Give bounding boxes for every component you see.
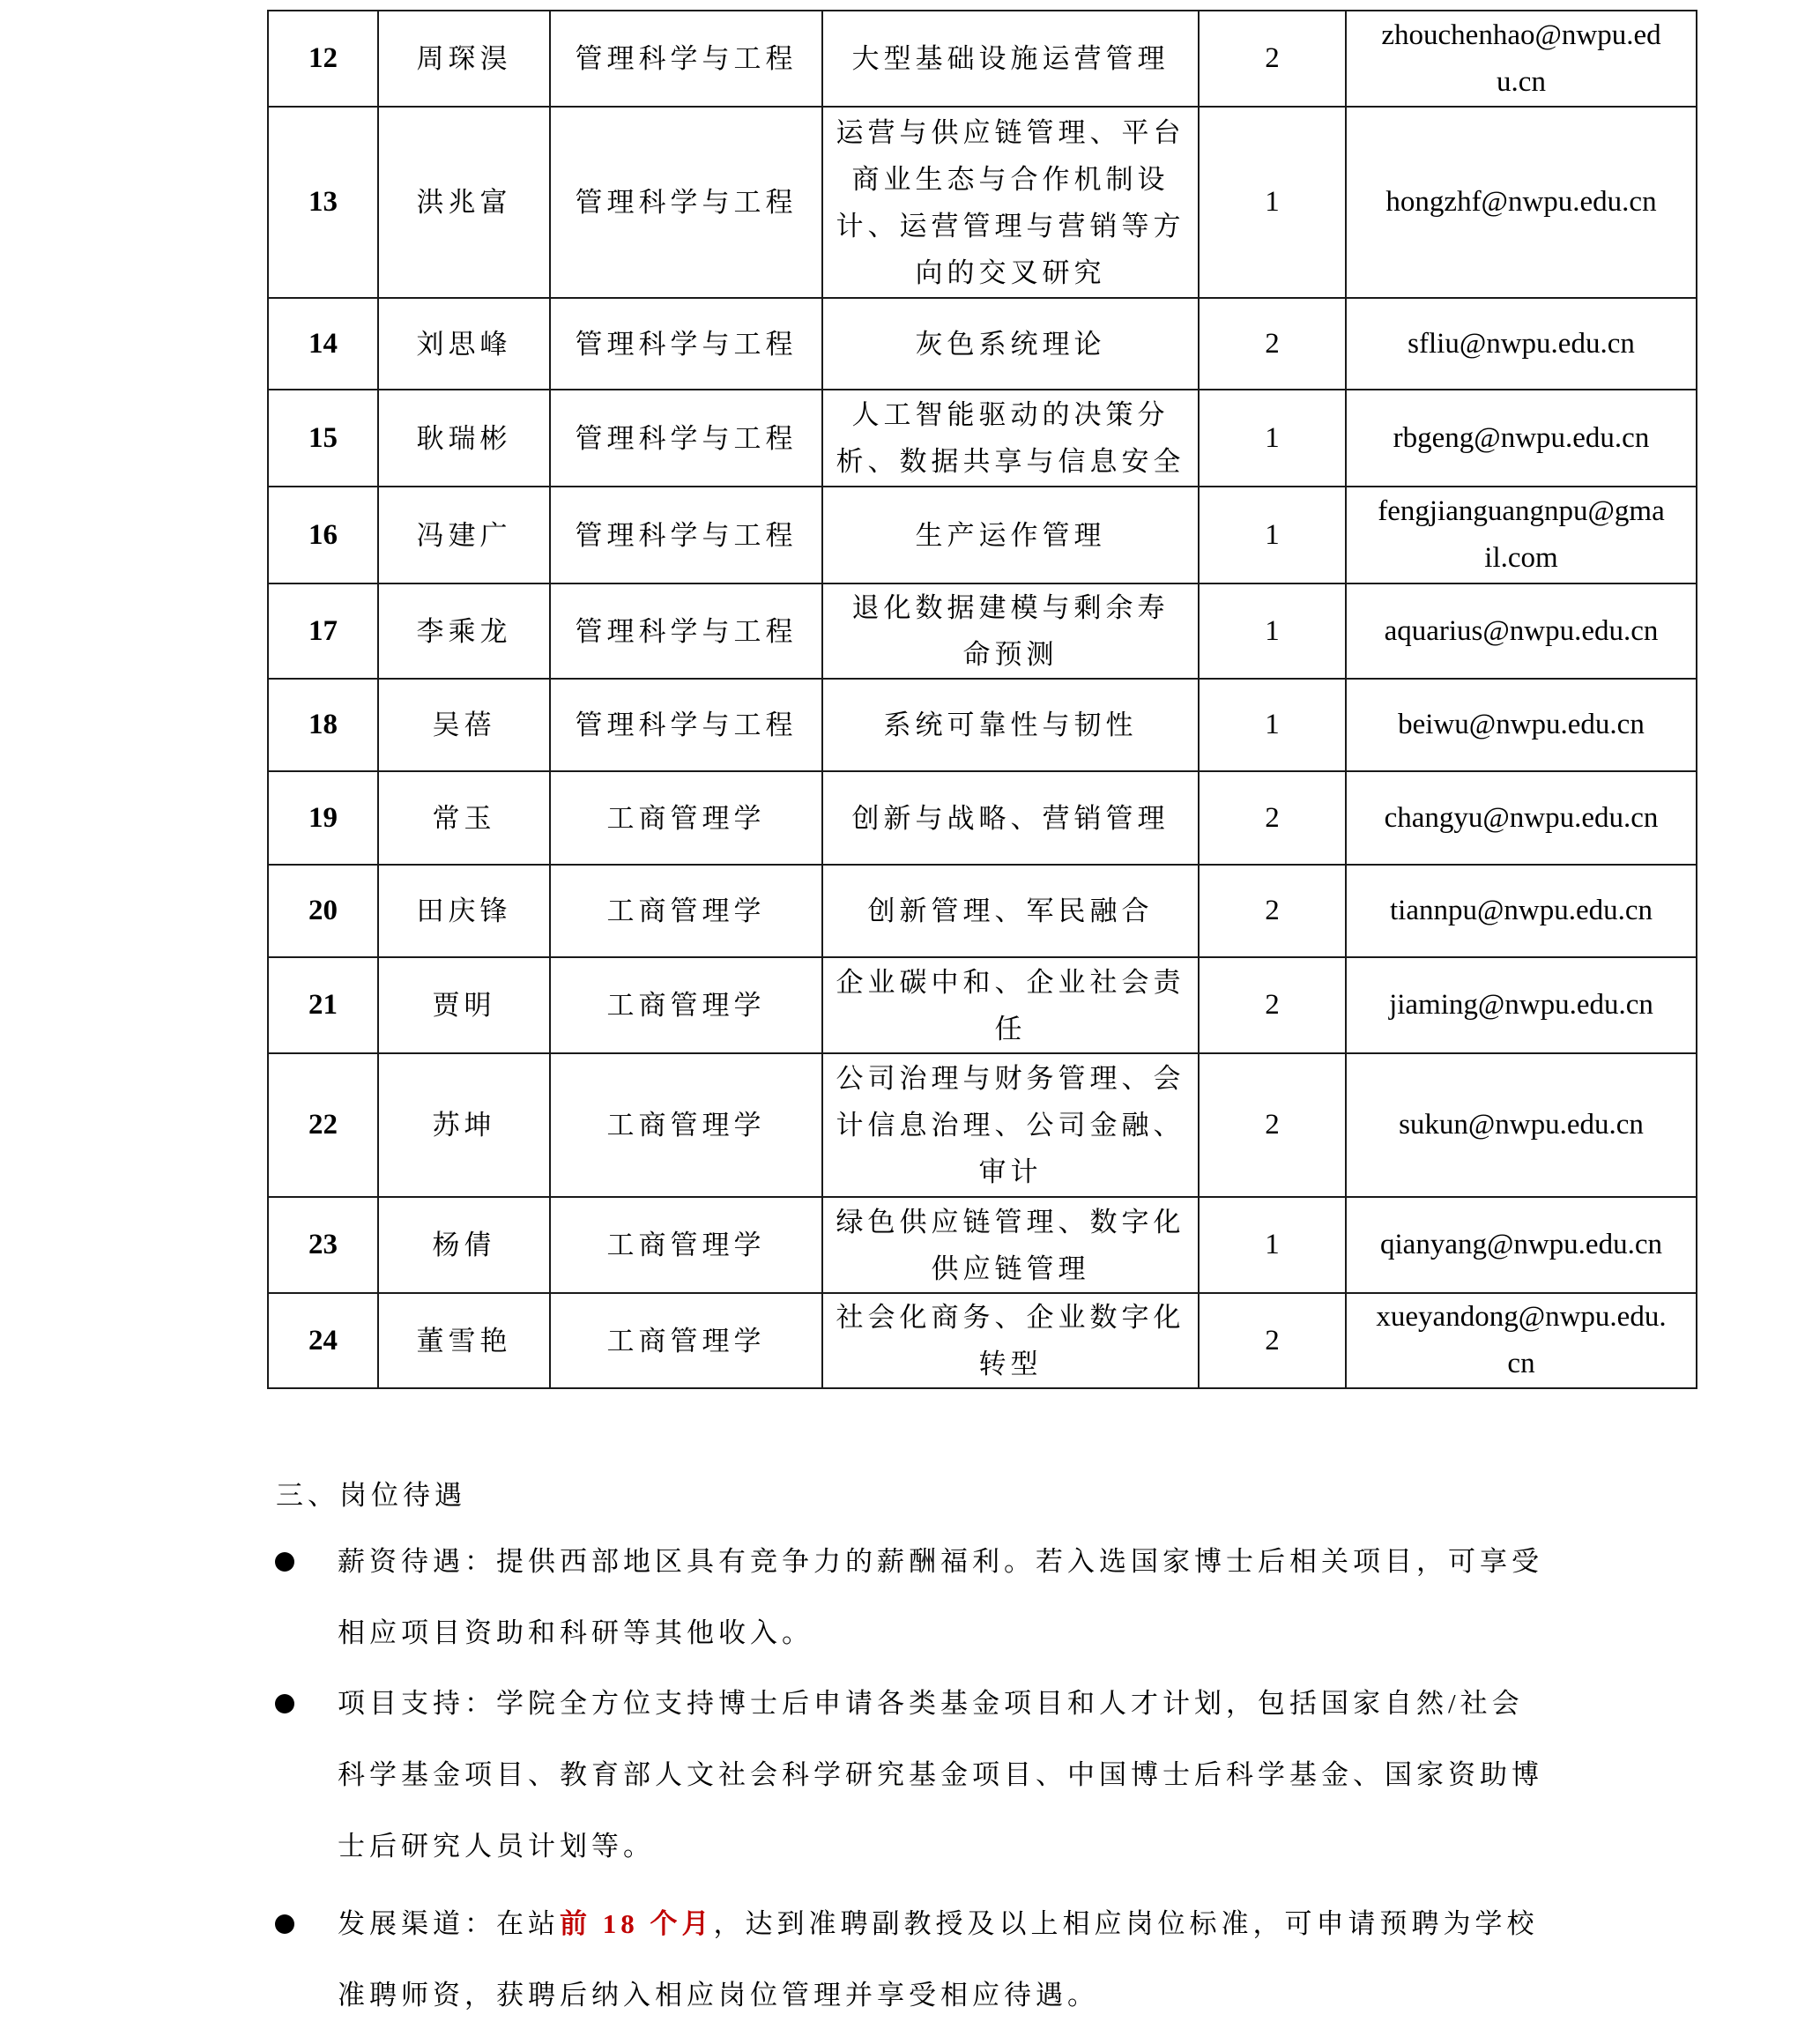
cell-number: 23: [268, 1197, 378, 1293]
cell-discipline: 工商管理学: [550, 1197, 822, 1293]
direction-line: 计信息治理、公司金融、: [828, 1102, 1192, 1148]
cell-number: 18: [268, 679, 378, 771]
direction-line: 审计: [828, 1148, 1192, 1195]
email-line: sfliu@nwpu.edu.cn: [1352, 321, 1690, 368]
cell-quota: 2: [1199, 1293, 1346, 1388]
cell-supervisor-name: 刘思峰: [378, 298, 550, 390]
direction-line: 计、运营管理与营销等方: [828, 203, 1192, 249]
cell-research-direction: 创新管理、军民融合: [822, 865, 1199, 957]
direction-line: 运营与供应链管理、平台: [828, 109, 1192, 156]
bullet-text-line: 薪资待遇：提供西部地区具有竞争力的薪酬福利。若入选国家博士后相关项目，可享受: [338, 1540, 1543, 1584]
email-line: beiwu@nwpu.edu.cn: [1352, 702, 1690, 748]
text-normal: 发展渠道：在站: [338, 1908, 560, 1939]
cell-number: 22: [268, 1053, 378, 1197]
cell-quota: 1: [1199, 679, 1346, 771]
email-line: aquarius@nwpu.edu.cn: [1352, 608, 1690, 655]
cell-discipline: 管理科学与工程: [550, 679, 822, 771]
cell-quota: 1: [1199, 583, 1346, 679]
section-heading: 三、岗位待遇: [276, 1474, 466, 1518]
cell-number: 16: [268, 487, 378, 583]
cell-email: fengjianguangnpu@gmail.com: [1346, 487, 1697, 583]
cell-research-direction: 人工智能驱动的决策分析、数据共享与信息安全: [822, 390, 1199, 487]
table-row: 18吴蓓管理科学与工程系统可靠性与韧性1beiwu@nwpu.edu.cn: [268, 679, 1697, 771]
cell-discipline: 管理科学与工程: [550, 11, 822, 107]
direction-line: 公司治理与财务管理、会: [828, 1055, 1192, 1102]
direction-line: 命预测: [828, 631, 1192, 678]
table-body: 12周琛淏管理科学与工程大型基础设施运营管理2zhouchenhao@nwpu.…: [268, 11, 1697, 1388]
cell-discipline: 管理科学与工程: [550, 298, 822, 390]
cell-research-direction: 运营与供应链管理、平台商业生态与合作机制设计、运营管理与营销等方向的交叉研究: [822, 107, 1199, 298]
direction-line: 社会化商务、企业数字化: [828, 1294, 1192, 1341]
supervisor-table: 12周琛淏管理科学与工程大型基础设施运营管理2zhouchenhao@nwpu.…: [267, 10, 1697, 1389]
cell-quota: 2: [1199, 11, 1346, 107]
cell-email: hongzhf@nwpu.edu.cn: [1346, 107, 1697, 298]
direction-line: 任: [828, 1006, 1192, 1052]
cell-supervisor-name: 冯建广: [378, 487, 550, 583]
table-row: 14刘思峰管理科学与工程灰色系统理论2sfliu@nwpu.edu.cn: [268, 298, 1697, 390]
cell-research-direction: 社会化商务、企业数字化转型: [822, 1293, 1199, 1388]
bullet-text-line: 项目支持：学院全方位支持博士后申请各类基金项目和人才计划，包括国家自然/社会: [338, 1682, 1524, 1726]
cell-discipline: 管理科学与工程: [550, 583, 822, 679]
email-line: jiaming@nwpu.edu.cn: [1352, 982, 1690, 1029]
email-line: rbgeng@nwpu.edu.cn: [1352, 415, 1690, 462]
cell-email: qianyang@nwpu.edu.cn: [1346, 1197, 1697, 1293]
cell-supervisor-name: 周琛淏: [378, 11, 550, 107]
email-line: cn: [1352, 1341, 1690, 1387]
cell-research-direction: 公司治理与财务管理、会计信息治理、公司金融、审计: [822, 1053, 1199, 1197]
cell-research-direction: 大型基础设施运营管理: [822, 11, 1199, 107]
cell-email: aquarius@nwpu.edu.cn: [1346, 583, 1697, 679]
cell-quota: 1: [1199, 390, 1346, 487]
cell-research-direction: 灰色系统理论: [822, 298, 1199, 390]
direction-line: 创新管理、军民融合: [828, 888, 1192, 934]
bullet-salary: 薪资待遇：提供西部地区具有竞争力的薪酬福利。若入选国家博士后相关项目，可享受 相…: [273, 1540, 1542, 1637]
bullet-text-line: 准聘师资，获聘后纳入相应岗位管理并享受相应待遇。: [338, 1973, 1099, 2018]
cell-supervisor-name: 杨倩: [378, 1197, 550, 1293]
cell-supervisor-name: 贾明: [378, 957, 550, 1053]
cell-number: 12: [268, 11, 378, 107]
cell-research-direction: 创新与战略、营销管理: [822, 771, 1199, 865]
direction-line: 转型: [828, 1341, 1192, 1387]
bullet-text-line: 科学基金项目、教育部人文社会科学研究基金项目、中国博士后科学基金、国家资助博: [338, 1753, 1543, 1797]
cell-supervisor-name: 董雪艳: [378, 1293, 550, 1388]
bullet-text-line: 相应项目资助和科研等其他收入。: [338, 1611, 813, 1655]
email-line: hongzhf@nwpu.edu.cn: [1352, 179, 1690, 226]
cell-supervisor-name: 洪兆富: [378, 107, 550, 298]
direction-line: 向的交叉研究: [828, 249, 1192, 296]
bullet-dot-icon: [275, 1694, 294, 1713]
highlight-18-months: 前 18 个月: [560, 1908, 714, 1939]
cell-quota: 1: [1199, 1197, 1346, 1293]
direction-line: 绿色供应链管理、数字化: [828, 1199, 1192, 1245]
cell-research-direction: 企业碳中和、企业社会责任: [822, 957, 1199, 1053]
cell-supervisor-name: 耿瑞彬: [378, 390, 550, 487]
cell-quota: 2: [1199, 1053, 1346, 1197]
email-line: zhouchenhao@nwpu.ed: [1352, 12, 1690, 59]
cell-supervisor-name: 苏坤: [378, 1053, 550, 1197]
cell-number: 15: [268, 390, 378, 487]
direction-line: 大型基础设施运营管理: [828, 35, 1192, 82]
table-row: 22苏坤工商管理学公司治理与财务管理、会计信息治理、公司金融、审计2sukun@…: [268, 1053, 1697, 1197]
email-line: il.com: [1352, 535, 1690, 582]
table-row: 20田庆锋工商管理学创新管理、军民融合2tiannpu@nwpu.edu.cn: [268, 865, 1697, 957]
email-line: tiannpu@nwpu.edu.cn: [1352, 888, 1690, 934]
cell-number: 24: [268, 1293, 378, 1388]
cell-discipline: 工商管理学: [550, 1293, 822, 1388]
cell-discipline: 工商管理学: [550, 865, 822, 957]
cell-number: 14: [268, 298, 378, 390]
cell-quota: 1: [1199, 107, 1346, 298]
cell-email: rbgeng@nwpu.edu.cn: [1346, 390, 1697, 487]
text-normal: ，达到准聘副教授及以上相应岗位标准，可申请预聘为学校: [714, 1908, 1539, 1939]
cell-number: 19: [268, 771, 378, 865]
cell-supervisor-name: 吴蓓: [378, 679, 550, 771]
cell-email: changyu@nwpu.edu.cn: [1346, 771, 1697, 865]
direction-line: 生产运作管理: [828, 512, 1192, 559]
cell-email: sukun@nwpu.edu.cn: [1346, 1053, 1697, 1197]
cell-research-direction: 退化数据建模与剩余寿命预测: [822, 583, 1199, 679]
direction-line: 人工智能驱动的决策分: [828, 391, 1192, 438]
table-row: 21贾明工商管理学企业碳中和、企业社会责任2jiaming@nwpu.edu.c…: [268, 957, 1697, 1053]
cell-email: jiaming@nwpu.edu.cn: [1346, 957, 1697, 1053]
table-row: 12周琛淏管理科学与工程大型基础设施运营管理2zhouchenhao@nwpu.…: [268, 11, 1697, 107]
table-row: 13洪兆富管理科学与工程运营与供应链管理、平台商业生态与合作机制设计、运营管理与…: [268, 107, 1697, 298]
table-row: 15耿瑞彬管理科学与工程人工智能驱动的决策分析、数据共享与信息安全1rbgeng…: [268, 390, 1697, 487]
email-line: u.cn: [1352, 59, 1690, 106]
cell-email: tiannpu@nwpu.edu.cn: [1346, 865, 1697, 957]
cell-quota: 2: [1199, 771, 1346, 865]
bullet-text-line: 发展渠道：在站前 18 个月，达到准聘副教授及以上相应岗位标准，可申请预聘为学校: [338, 1902, 1539, 1946]
direction-line: 析、数据共享与信息安全: [828, 438, 1192, 485]
cell-quota: 2: [1199, 957, 1346, 1053]
email-line: sukun@nwpu.edu.cn: [1352, 1102, 1690, 1148]
bullet-text-line: 士后研究人员计划等。: [338, 1825, 655, 1869]
direction-line: 商业生态与合作机制设: [828, 156, 1192, 203]
cell-email: xueyandong@nwpu.edu.cn: [1346, 1293, 1697, 1388]
cell-number: 17: [268, 583, 378, 679]
cell-supervisor-name: 田庆锋: [378, 865, 550, 957]
direction-line: 系统可靠性与韧性: [828, 702, 1192, 748]
cell-number: 20: [268, 865, 378, 957]
email-line: changyu@nwpu.edu.cn: [1352, 795, 1690, 842]
table-row: 19常玉工商管理学创新与战略、营销管理2changyu@nwpu.edu.cn: [268, 771, 1697, 865]
cell-quota: 2: [1199, 298, 1346, 390]
bullet-career-path: 发展渠道：在站前 18 个月，达到准聘副教授及以上相应岗位标准，可申请预聘为学校…: [273, 1902, 1542, 1999]
cell-research-direction: 系统可靠性与韧性: [822, 679, 1199, 771]
table-row: 24董雪艳工商管理学社会化商务、企业数字化转型2xueyandong@nwpu.…: [268, 1293, 1697, 1388]
direction-line: 灰色系统理论: [828, 321, 1192, 368]
cell-email: beiwu@nwpu.edu.cn: [1346, 679, 1697, 771]
cell-discipline: 管理科学与工程: [550, 487, 822, 583]
cell-quota: 2: [1199, 865, 1346, 957]
email-line: xueyandong@nwpu.edu.: [1352, 1294, 1690, 1341]
bullet-dot-icon: [275, 1914, 294, 1934]
email-line: qianyang@nwpu.edu.cn: [1352, 1222, 1690, 1268]
cell-discipline: 管理科学与工程: [550, 107, 822, 298]
cell-number: 21: [268, 957, 378, 1053]
cell-email: sfliu@nwpu.edu.cn: [1346, 298, 1697, 390]
direction-line: 企业碳中和、企业社会责: [828, 959, 1192, 1006]
cell-discipline: 工商管理学: [550, 957, 822, 1053]
cell-discipline: 管理科学与工程: [550, 390, 822, 487]
cell-supervisor-name: 李乘龙: [378, 583, 550, 679]
direction-line: 创新与战略、营销管理: [828, 795, 1192, 842]
cell-research-direction: 绿色供应链管理、数字化供应链管理: [822, 1197, 1199, 1293]
cell-discipline: 工商管理学: [550, 1053, 822, 1197]
direction-line: 退化数据建模与剩余寿: [828, 584, 1192, 631]
bullet-project-support: 项目支持：学院全方位支持博士后申请各类基金项目和人才计划，包括国家自然/社会 科…: [273, 1682, 1542, 1849]
email-line: fengjianguangnpu@gma: [1352, 488, 1690, 535]
cell-research-direction: 生产运作管理: [822, 487, 1199, 583]
cell-number: 13: [268, 107, 378, 298]
table-row: 23杨倩工商管理学绿色供应链管理、数字化供应链管理1qianyang@nwpu.…: [268, 1197, 1697, 1293]
cell-supervisor-name: 常玉: [378, 771, 550, 865]
bullet-dot-icon: [275, 1552, 294, 1572]
cell-discipline: 工商管理学: [550, 771, 822, 865]
table-row: 16冯建广管理科学与工程生产运作管理1fengjianguangnpu@gmai…: [268, 487, 1697, 583]
cell-email: zhouchenhao@nwpu.edu.cn: [1346, 11, 1697, 107]
table-row: 17李乘龙管理科学与工程退化数据建模与剩余寿命预测1aquarius@nwpu.…: [268, 583, 1697, 679]
cell-quota: 1: [1199, 487, 1346, 583]
direction-line: 供应链管理: [828, 1245, 1192, 1292]
